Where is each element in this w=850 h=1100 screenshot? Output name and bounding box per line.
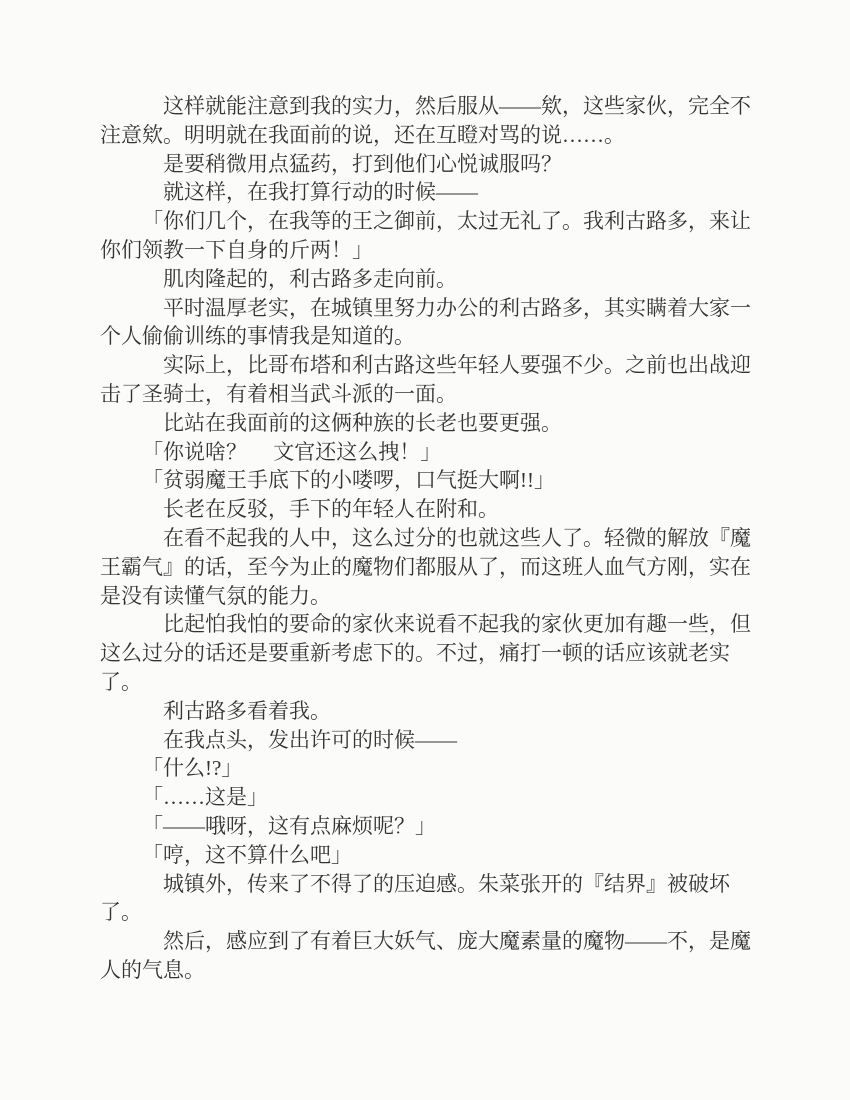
narration-paragraph: 在我点头，发出许可的时候—— xyxy=(100,726,759,755)
narration-paragraph: 城镇外，传来了不得了的压迫感。朱菜张开的『结界』被破坏了。 xyxy=(100,870,759,928)
narration-paragraph: 肌肉隆起的，利古路多走向前。 xyxy=(100,265,759,294)
narration-paragraph: 就这样，在我打算行动的时候—— xyxy=(100,178,759,207)
text-content: 这样就能注意到我的实力，然后服从——欸，这些家伙，完全不注意欸。明明就在我面前的… xyxy=(100,92,759,985)
narration-paragraph: 然后，感应到了有着巨大妖气、庞大魔素量的魔物——不，是魔人的气息。 xyxy=(100,927,759,985)
narration-paragraph: 利古路多看着我。 xyxy=(100,697,759,726)
narration-paragraph: 比起怕我怕的要命的家伙来说看不起我的家伙更加有趣一些，但这么过分的话还是要重新考… xyxy=(100,610,759,696)
narration-paragraph: 在看不起我的人中，这么过分的也就这些人了。轻微的解放『魔王霸气』的话，至今为止的… xyxy=(100,524,759,610)
dialogue-paragraph: 「你们几个，在我等的王之御前，太过无礼了。我利古路多，来让你们领教一下自身的斤两… xyxy=(100,207,759,265)
narration-paragraph: 这样就能注意到我的实力，然后服从——欸，这些家伙，完全不注意欸。明明就在我面前的… xyxy=(100,92,759,150)
narration-paragraph: 比站在我面前的这俩种族的长老也要更强。 xyxy=(100,409,759,438)
novel-page: 这样就能注意到我的实力，然后服从——欸，这些家伙，完全不注意欸。明明就在我面前的… xyxy=(0,0,850,1100)
narration-paragraph: 平时温厚老实，在城镇里努力办公的利古路多，其实瞒着大家一个人偷偷训练的事情我是知… xyxy=(100,294,759,352)
narration-paragraph: 实际上，比哥布塔和利古路这些年轻人要强不少。之前也出战迎击了圣骑士，有着相当武斗… xyxy=(100,351,759,409)
narration-paragraph: 是要稍微用点猛药，打到他们心悦诚服吗？ xyxy=(100,150,759,179)
narration-paragraph: 长老在反驳，手下的年轻人在附和。 xyxy=(100,495,759,524)
dialogue-paragraph: 「哼，这不算什么吧」 xyxy=(100,841,759,870)
dialogue-paragraph: 「你说啥？ 文官还这么拽！」 xyxy=(100,438,759,467)
dialogue-paragraph: 「——哦呀，这有点麻烦呢？」 xyxy=(100,812,759,841)
dialogue-paragraph: 「贫弱魔王手底下的小喽啰，口气挺大啊!!」 xyxy=(100,466,759,495)
dialogue-paragraph: 「……这是」 xyxy=(100,783,759,812)
dialogue-paragraph: 「什么!?」 xyxy=(100,754,759,783)
